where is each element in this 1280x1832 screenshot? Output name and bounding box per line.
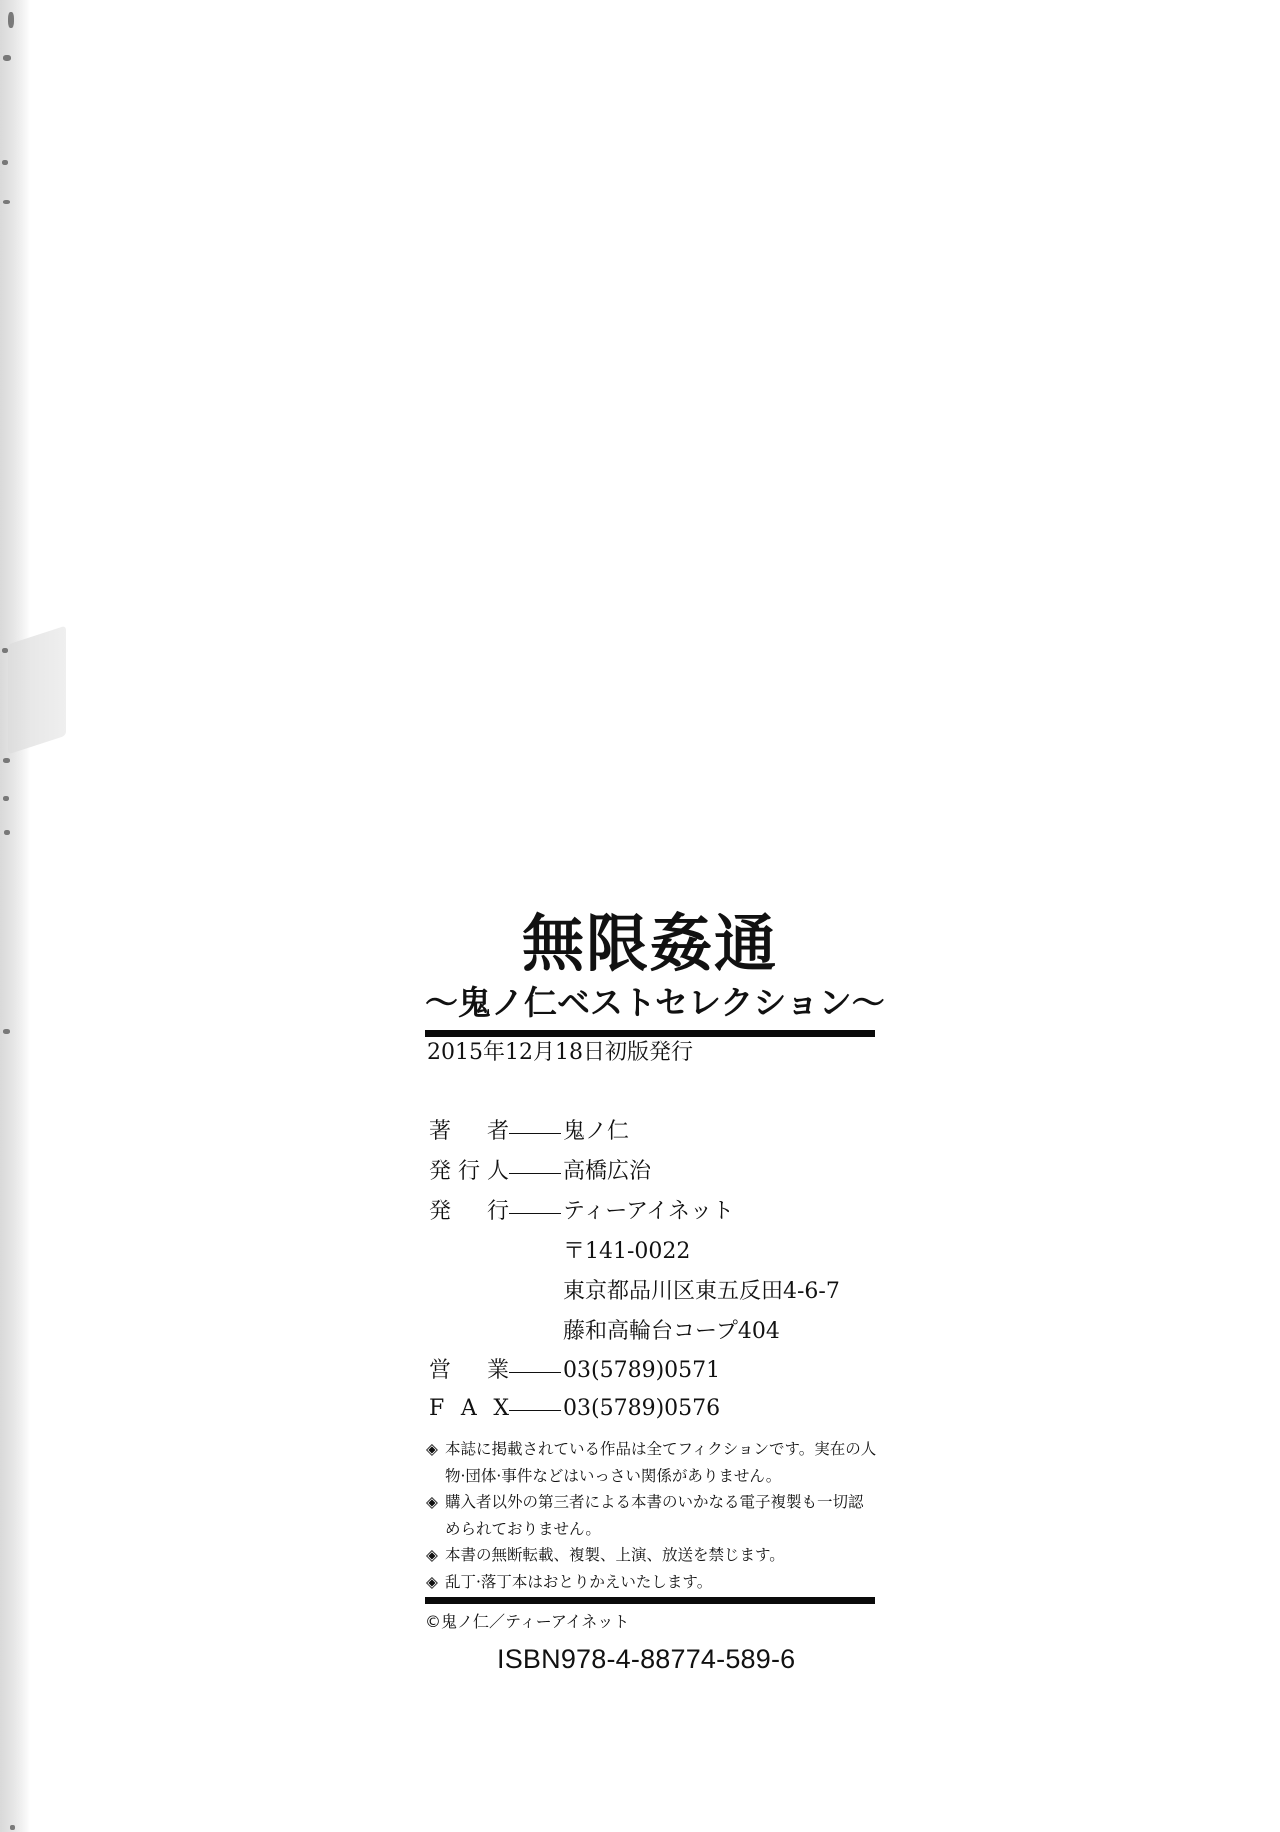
credit-label: 発行人 xyxy=(429,1159,509,1185)
scan-speck xyxy=(2,648,8,653)
legal-note: ◈購入者以外の第三者による本書のいかなる電子複製も一切認められておりません。 xyxy=(426,1489,878,1542)
dash-separator xyxy=(509,1372,561,1373)
address-line-1: 東京都品川区東五反田4-6-7 xyxy=(563,1279,840,1305)
scan-speck xyxy=(2,160,8,165)
legal-note-text: 購入者以外の第三者による本書のいかなる電子複製も一切認められておりません。 xyxy=(445,1493,864,1538)
legal-note: ◈乱丁·落丁本はおとりかえいたします。 xyxy=(426,1569,878,1596)
legal-note: ◈本誌に掲載されている作品は全てフィクションです。実在の人物·団体·事件などはい… xyxy=(426,1436,878,1489)
scan-speck xyxy=(3,200,10,204)
dash-separator xyxy=(509,1213,561,1214)
dash-separator xyxy=(509,1133,561,1134)
contact-row-sales: 営 業 03(5789)0571 xyxy=(429,1358,720,1384)
scan-paper-flap xyxy=(8,626,66,755)
top-divider-rule xyxy=(425,1030,875,1037)
scan-binding-edge xyxy=(0,0,30,1832)
legal-notes: ◈本誌に掲載されている作品は全てフィクションです。実在の人物·団体·事件などはい… xyxy=(426,1436,878,1595)
credit-value: ティーアイネット xyxy=(563,1199,734,1225)
scan-speck xyxy=(10,1825,15,1830)
address-line-2: 藤和高輪台コープ404 xyxy=(563,1319,780,1345)
credit-row-author: 著 者 鬼ノ仁 xyxy=(429,1119,629,1145)
contact-value: 03(5789)0571 xyxy=(563,1358,720,1384)
contact-value: 03(5789)0576 xyxy=(563,1396,720,1422)
contact-row-fax: F A X 03(5789)0576 xyxy=(429,1396,720,1422)
bottom-divider-rule xyxy=(425,1597,875,1604)
credit-row-publisher-person: 発行人 高橋広治 xyxy=(429,1159,651,1185)
isbn-number: ISBN978-4-88774-589-6 xyxy=(497,1642,795,1676)
postal-code: 〒141-0022 xyxy=(563,1239,690,1265)
scan-speck xyxy=(3,758,10,763)
credit-value: 鬼ノ仁 xyxy=(563,1119,629,1145)
legal-note: ◈本書の無断転載、複製、上演、放送を禁じます。 xyxy=(426,1542,878,1569)
diamond-bullet-icon: ◈ xyxy=(426,1542,445,1569)
copyright-notice: ©鬼ノ仁／ティーアイネット xyxy=(425,1610,629,1634)
credit-row-publisher: 発 行 ティーアイネット xyxy=(429,1199,734,1225)
credit-value: 高橋広治 xyxy=(563,1159,651,1185)
credit-label: 発 行 xyxy=(429,1199,509,1225)
book-title: 無限姦通 xyxy=(425,908,875,980)
scan-speck xyxy=(3,796,9,801)
book-subtitle: ～鬼ノ仁ベストセレクション～ xyxy=(425,984,875,1022)
scan-speck xyxy=(3,55,11,61)
legal-note-text: 本書の無断転載、複製、上演、放送を禁じます。 xyxy=(445,1546,785,1564)
scan-speck xyxy=(3,1029,10,1034)
credit-label: 著 者 xyxy=(429,1119,509,1145)
legal-note-text: 本誌に掲載されている作品は全てフィクションです。実在の人物·団体·事件などはいっ… xyxy=(445,1440,876,1485)
scan-speck xyxy=(4,830,10,835)
scan-speck xyxy=(8,12,14,28)
legal-note-text: 乱丁·落丁本はおとりかえいたします。 xyxy=(445,1573,712,1591)
diamond-bullet-icon: ◈ xyxy=(426,1436,445,1463)
dash-separator xyxy=(509,1173,561,1174)
diamond-bullet-icon: ◈ xyxy=(426,1489,445,1516)
dash-separator xyxy=(509,1410,561,1411)
diamond-bullet-icon: ◈ xyxy=(426,1569,445,1596)
publication-date: 2015年12月18日初版発行 xyxy=(427,1040,693,1066)
contact-label: F A X xyxy=(429,1396,509,1422)
contact-label: 営 業 xyxy=(429,1358,509,1384)
